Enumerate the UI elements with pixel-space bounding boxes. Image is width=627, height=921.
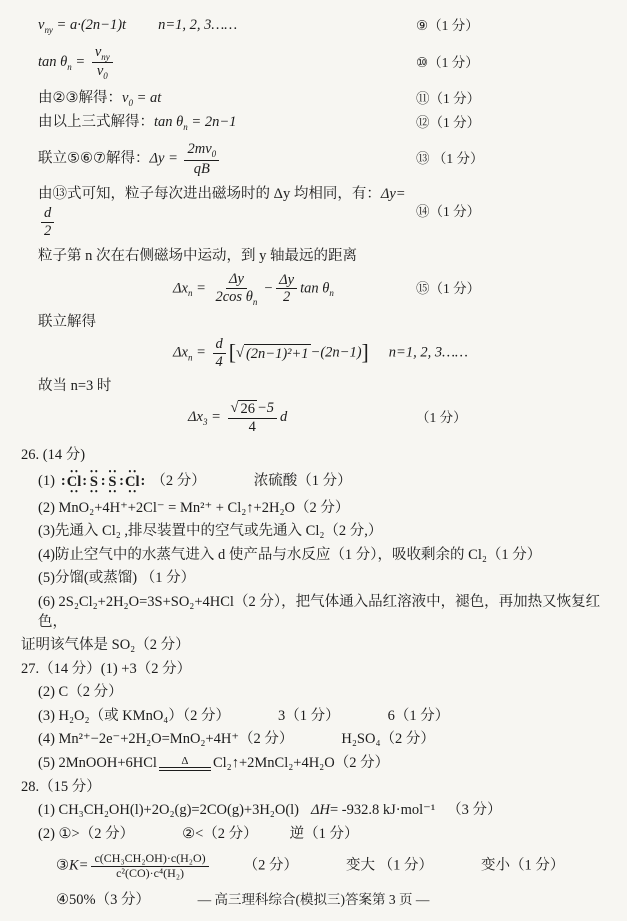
text-segment: 联立解得 bbox=[38, 314, 96, 330]
fraction-denominator: 4 bbox=[213, 354, 226, 371]
lewis-atom-stack: ••Cl•• bbox=[67, 469, 82, 495]
math-token: tan θ bbox=[300, 280, 329, 296]
math-token: = 2n−1 bbox=[188, 114, 237, 130]
fraction-numerator: d bbox=[41, 205, 54, 223]
score-mark: ⑨（1 分） bbox=[416, 17, 490, 35]
q26-item-3: (3)先通入 Cl₂ ,排尽装置中的空气或先通入 Cl₂（2 分,） bbox=[38, 522, 613, 542]
math-token: n=1, 2, 3…… bbox=[158, 17, 237, 33]
lewis-bond-colon: : bbox=[141, 472, 146, 492]
math-token: Δy = bbox=[150, 151, 182, 167]
q28-item-2: (2) ①>（2 分）②<（2 分）逆（1 分） bbox=[38, 825, 613, 845]
fraction: c(CH₃CH₂OH)·c(H₂O)c²(CO)·c⁴(H₂) bbox=[91, 852, 208, 881]
fraction-numerator: d bbox=[213, 336, 226, 354]
subscript: ny bbox=[101, 52, 109, 62]
q26-item-6: (6) 2S₂Cl₂+2H₂O=3S+SO₂+4HCl（2 分），把气体通入品红… bbox=[38, 593, 613, 632]
lewis-dots: •• bbox=[88, 489, 100, 495]
q28-item-3: ③K=c(CH₃CH₂OH)·c(H₂O)c²(CO)·c⁴(H₂)（2 分）变… bbox=[56, 852, 627, 881]
fraction-denominator: 2 bbox=[41, 223, 54, 240]
text-segment: 粒子第 n 次在右侧磁场中运动，到 y 轴最远的距离 bbox=[38, 248, 357, 264]
q26-item-5: (5)分馏(或蒸馏) （1 分） bbox=[38, 569, 613, 589]
text-segment: 由②③解得： bbox=[38, 90, 122, 106]
math-token: Δx bbox=[173, 280, 188, 296]
score-mark: （1 分） bbox=[416, 409, 490, 427]
subscript: 0 bbox=[103, 71, 108, 81]
formula: 联立⑤⑥⑦解得：Δy = 2mv0qB bbox=[38, 141, 416, 177]
math-token: Δy= bbox=[381, 186, 406, 202]
q28-item-1: (1) CH₃CH₂OH(l)+2O₂(g)=2CO(g)+3H₂O(l)ΔH=… bbox=[38, 801, 613, 821]
score-mark: ⑫（1 分） bbox=[416, 114, 490, 132]
square-root: √26 bbox=[231, 400, 257, 418]
fraction-denominator: 4 bbox=[246, 419, 259, 436]
fraction-numerator: vny bbox=[92, 44, 113, 63]
fraction-denominator: qB bbox=[191, 161, 213, 178]
answer-text: (3) H₂O₂（或 KMnO₄）（2 分） bbox=[38, 708, 230, 724]
fraction-numerator: Δy bbox=[226, 271, 247, 289]
left-bracket: [ bbox=[229, 341, 236, 365]
physics-line-11: 故当 n=3 时 bbox=[38, 377, 609, 397]
answer-text: (1) CH₃CH₂OH(l)+2O₂(g)=2CO(g)+3H₂O(l) bbox=[38, 802, 299, 818]
item-label: ③ bbox=[56, 858, 69, 874]
formula: Δx3 = √26−54d bbox=[38, 400, 416, 435]
q26-heading: 26. (14 分) bbox=[21, 446, 596, 466]
reaction-condition: Δ bbox=[159, 756, 211, 771]
physics-line-3: 由②③解得：v0 = at ⑪（1 分） bbox=[38, 89, 490, 109]
q26-item-2: (2) MnO₂+4H⁺+2Cl⁻ = Mn²⁺ + Cl₂↑+2H₂O（2 分… bbox=[38, 499, 613, 519]
fraction-numerator: √26−5 bbox=[228, 400, 278, 419]
physics-line-1: vny = a·(2n−1)tn=1, 2, 3…… ⑨（1 分） bbox=[38, 16, 490, 36]
formula: 由②③解得：v0 = at bbox=[38, 89, 416, 109]
math-token: 2cos θ bbox=[216, 289, 253, 305]
answer-text: 6（1 分） bbox=[388, 708, 450, 724]
fraction: √26−54 bbox=[228, 400, 278, 435]
q27-item-2: (2) C（2 分） bbox=[38, 683, 613, 703]
answer-text: Cl₂↑+2MnCl₂+4H₂O（2 分） bbox=[213, 755, 389, 771]
answer-text: 变大 （1 分） bbox=[346, 858, 433, 874]
math-token: K= bbox=[69, 858, 88, 874]
fraction: d4 bbox=[213, 336, 226, 370]
answer-sheet-page: vny = a·(2n−1)tn=1, 2, 3…… ⑨（1 分） tan θn… bbox=[0, 0, 627, 910]
text-segment: 故当 n=3 时 bbox=[38, 378, 111, 394]
math-token: tan θ bbox=[38, 54, 67, 70]
text-segment: 由⑬式可知，粒子每次进出磁场时的 Δy 均相同，有： bbox=[38, 186, 381, 202]
physics-line-9: 联立解得 bbox=[38, 313, 609, 333]
math-token: tan θ bbox=[154, 114, 183, 130]
score-mark: ⑩（1 分） bbox=[416, 54, 490, 72]
math-token: = bbox=[207, 409, 224, 425]
q27-item-5: (5) 2MnOOH+6HClΔCl₂↑+2MnCl₂+4H₂O（2 分） bbox=[38, 754, 613, 774]
score-mark: ⑭（1 分） bbox=[416, 203, 490, 221]
answer-text: ②<（2 分） bbox=[182, 826, 258, 842]
radicand: 26 bbox=[238, 400, 257, 418]
math-token: = bbox=[192, 345, 209, 361]
answer-text: (4) Mn²⁺−2e⁻+2H₂O=MnO₂+4H⁺（2 分） bbox=[38, 731, 293, 747]
subscript: 0 bbox=[212, 149, 217, 159]
physics-line-10: Δxn = d4[√(2n−1)²+1−(2n−1)]n=1, 2, 3…… bbox=[38, 336, 609, 370]
score-mark: ⑪（1 分） bbox=[416, 90, 490, 108]
lewis-structure: :••Cl••:••S••:••S••:••Cl••: bbox=[60, 469, 146, 495]
answer-text: = -932.8 kJ·mol⁻¹ bbox=[330, 802, 435, 818]
physics-line-7: 粒子第 n 次在右侧磁场中运动，到 y 轴最远的距离 bbox=[38, 247, 609, 267]
math-token: Δx bbox=[173, 345, 188, 361]
physics-line-4: 由以上三式解得：tan θn = 2n−1 ⑫（1 分） bbox=[38, 113, 490, 133]
q28-heading: 28.（15 分） bbox=[21, 778, 596, 798]
physics-line-2: tan θn = vnyv0 ⑩（1 分） bbox=[38, 44, 490, 81]
answer-text: 浓硫酸（1 分） bbox=[254, 473, 352, 489]
formula: 由以上三式解得：tan θn = 2n−1 bbox=[38, 113, 416, 133]
math-token: ΔH bbox=[311, 802, 330, 818]
lewis-dots: •• bbox=[107, 489, 119, 495]
score-mark: （2 分） bbox=[151, 473, 205, 489]
page-footer: — 高三理科综合(模拟三)答案第 3 页 — bbox=[0, 891, 627, 909]
score-mark: （3 分） bbox=[447, 802, 501, 818]
formula: Δxn = Δy2cos θn−Δy2tan θn bbox=[38, 271, 416, 307]
physics-line-8: Δxn = Δy2cos θn−Δy2tan θn ⑮（1 分） bbox=[38, 271, 490, 307]
fraction-numerator: 2mv0 bbox=[184, 141, 219, 160]
physics-line-5: 联立⑤⑥⑦解得：Δy = 2mv0qB ⑬ （1 分） bbox=[38, 141, 490, 177]
fraction-denominator: c²(CO)·c⁴(H₂) bbox=[113, 867, 187, 881]
math-token: d bbox=[280, 409, 287, 425]
lewis-bond-colon: : bbox=[61, 472, 66, 492]
subscript: n bbox=[329, 288, 334, 298]
reaction-equals-line bbox=[159, 767, 211, 771]
subscript: ny bbox=[44, 25, 52, 35]
fraction: Δy2 bbox=[276, 272, 297, 306]
radical-sign: √ bbox=[236, 344, 244, 364]
text-segment: 由以上三式解得： bbox=[38, 114, 154, 130]
lewis-bond-colon: : bbox=[119, 472, 124, 492]
text-segment: 联立⑤⑥⑦解得： bbox=[38, 151, 150, 167]
formula: vny = a·(2n−1)tn=1, 2, 3…… bbox=[38, 16, 416, 36]
lewis-atom-stack: ••Cl•• bbox=[125, 469, 140, 495]
answer-text: 3（1 分） bbox=[278, 708, 340, 724]
right-bracket: ] bbox=[362, 341, 369, 365]
score-mark: ⑬ （1 分） bbox=[416, 150, 490, 168]
q26-item-1: (1):••Cl••:••S••:••S••:••Cl••:（2 分）浓硫酸（1… bbox=[38, 469, 613, 495]
math-token: 2mv bbox=[187, 141, 211, 157]
answer-text: (2) ①>（2 分） bbox=[38, 826, 134, 842]
fraction-denominator: v0 bbox=[94, 63, 111, 81]
item-label: (1) bbox=[38, 473, 55, 489]
q26-item-4: (4)防止空气中的水蒸气进入 d 使产品与水反应（1 分），吸收剩余的 Cl₂（… bbox=[38, 546, 613, 566]
lewis-atom-stack: ••S•• bbox=[88, 469, 100, 495]
fraction: vnyv0 bbox=[92, 44, 113, 81]
physics-line-6: 由⑬式可知，粒子每次进出磁场时的 Δy 均相同，有：Δy=d2 ⑭（1 分） bbox=[38, 185, 490, 239]
math-token: −5 bbox=[257, 400, 274, 416]
math-token: = a·(2n−1)t bbox=[53, 17, 126, 33]
delta-heat-symbol: Δ bbox=[181, 756, 188, 767]
fraction-denominator: 2 bbox=[280, 289, 293, 306]
formula: tan θn = vnyv0 bbox=[38, 44, 416, 81]
subscript: n bbox=[253, 296, 258, 306]
score-mark: ⑮（1 分） bbox=[416, 280, 490, 298]
answer-text: (5) 2MnOOH+6HCl bbox=[38, 755, 157, 771]
fraction: Δy2cos θn bbox=[213, 271, 261, 307]
physics-line-12: Δx3 = √26−54d （1 分） bbox=[38, 400, 490, 435]
lewis-atom-stack: ••S•• bbox=[107, 469, 119, 495]
fraction-numerator: c(CH₃CH₂OH)·c(H₂O) bbox=[91, 852, 208, 867]
q27-item-3: (3) H₂O₂（或 KMnO₄）（2 分）3（1 分）6（1 分） bbox=[38, 707, 613, 727]
math-token: −(2n−1) bbox=[311, 345, 362, 361]
lewis-dots: •• bbox=[126, 489, 138, 495]
math-token: = bbox=[72, 54, 89, 70]
math-token: n=1, 2, 3…… bbox=[389, 345, 468, 361]
fraction-numerator: Δy bbox=[276, 272, 297, 290]
q27-item-4: (4) Mn²⁺−2e⁻+2H₂O=MnO₂+4H⁺（2 分）H₂SO₄（2 分… bbox=[38, 730, 613, 750]
math-token: = at bbox=[133, 90, 161, 106]
fraction-denominator: 2cos θn bbox=[213, 289, 261, 307]
fraction: d2 bbox=[41, 205, 54, 239]
q27-heading: 27.（14 分）(1) +3（2 分） bbox=[21, 660, 596, 680]
square-root: √(2n−1)²+1 bbox=[236, 344, 311, 365]
q26-item-6-cont: 证明该气体是 SO₂（2 分） bbox=[21, 636, 596, 656]
score-mark: （2 分） bbox=[244, 858, 298, 874]
answer-text: H₂SO₄（2 分） bbox=[341, 731, 435, 747]
radicand: (2n−1)²+1 bbox=[244, 344, 311, 365]
math-token: = bbox=[192, 280, 209, 296]
lewis-bond-colon: : bbox=[101, 472, 106, 492]
math-token: Δx bbox=[188, 409, 203, 425]
lewis-bond-colon: : bbox=[82, 472, 87, 492]
radical-sign: √ bbox=[231, 400, 239, 417]
fraction: 2mv0qB bbox=[184, 141, 219, 177]
math-token: − bbox=[263, 280, 273, 296]
answer-text: 逆（1 分） bbox=[290, 826, 359, 842]
formula: 由⑬式可知，粒子每次进出磁场时的 Δy 均相同，有：Δy=d2 bbox=[38, 185, 416, 239]
lewis-dots: •• bbox=[68, 489, 80, 495]
answer-text: 变小（1 分） bbox=[481, 858, 564, 874]
